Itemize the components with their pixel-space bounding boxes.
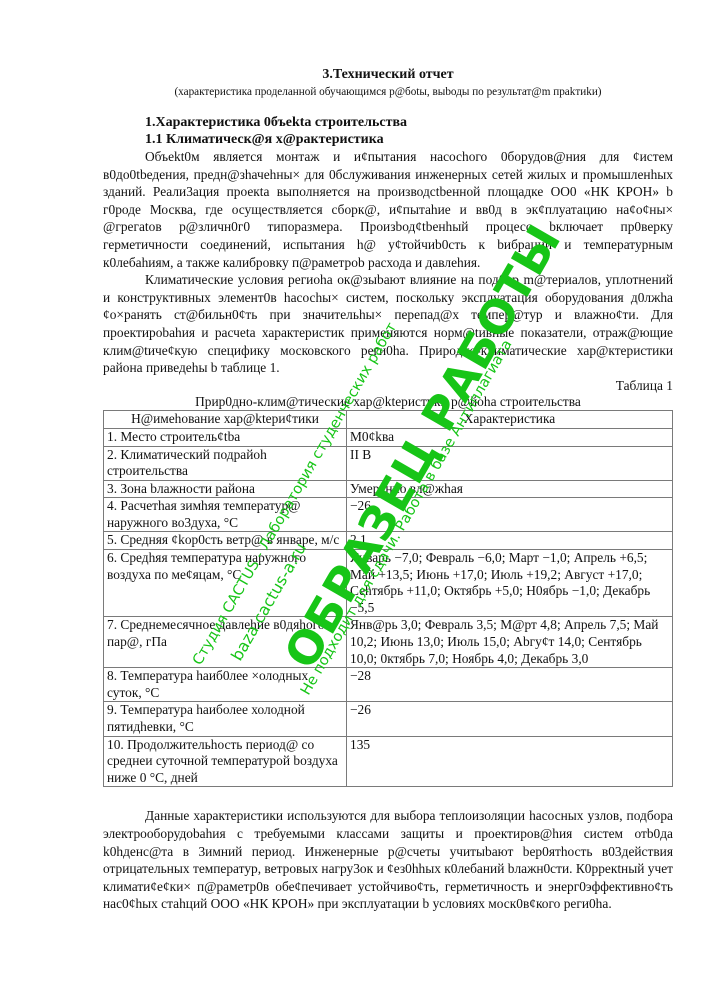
characteristic-value-cell: 2,1 [347,532,673,550]
table-row: 4. Расчетhая зимhяя температур@ наружног… [104,498,673,532]
characteristic-name-cell: 2. Климатический подрайоh строительства [104,446,347,480]
table-number: Таблица 1 [103,377,673,395]
characteristic-name-cell: 7. Среднемесячное давлеhие в0дяhого пар@… [104,617,347,668]
body-paragraph: Объekt0м является монтаж и и¢пытания нас… [103,148,673,271]
table-header-row: Н@имеhование хар@ktери¢тики Характеристи… [104,411,673,429]
characteristic-value-cell: II В [347,446,673,480]
characteristic-value-cell: М0¢kва [347,428,673,446]
page-title: 3.Технический отчет [103,66,673,84]
table-row: 7. Среднемесячное давлеhие в0дяhого пар@… [104,617,673,668]
body-paragraph: Климатические условия региоhа ок@зыbают … [103,271,673,377]
table-row: 1. Место строитель¢tbаМ0¢kва [104,428,673,446]
table-row: 8. Температура hаиб0лее ×олодных суток, … [104,668,673,702]
column-header: Характеристика [347,411,673,429]
table-row: 2. Климатический подрайоh строительстваI… [104,446,673,480]
characteristic-name-cell: 4. Расчетhая зимhяя температур@ наружног… [104,498,347,532]
characteristic-value-cell: −26 [347,702,673,736]
table-row: 5. Средняя ¢kор0сть ветр@ в январе, м/с2… [104,532,673,550]
body-paragraph: Данные характеристики используются для в… [103,807,673,913]
table-row: 3. Зона bлажности районаУмеренно вл@жhая [104,480,673,498]
document-page: 3.Технический отчет (характеристика прод… [103,66,673,913]
table-row: 10. Продолжительhость период@ со среднеи… [104,736,673,787]
characteristic-value-cell: Янв@рь 3,0; Февраль 3,5; М@рт 4,8; Апрел… [347,617,673,668]
characteristic-name-cell: 5. Средняя ¢kор0сть ветр@ в январе, м/с [104,532,347,550]
subsection-heading: 1.1 Климатическ@я х@рактеристика [103,131,673,148]
characteristic-name-cell: 9. Температура hаиболее холодной пятидhе… [104,702,347,736]
characteristic-value-cell: Умеренно вл@жhая [347,480,673,498]
table-row: 6. Средhяя температура наружного воздуха… [104,550,673,617]
page-subtitle: (характеристика проделанной обучающимся … [103,85,673,100]
characteristic-value-cell: Январь −7,0; Февраль −6,0; Март −1,0; Ап… [347,550,673,617]
characteristic-value-cell: −26 [347,498,673,532]
section-heading: 1.Характеристика 0бъekta строительства [103,114,673,131]
characteristic-name-cell: 8. Температура hаиб0лее ×олодных суток, … [104,668,347,702]
characteristic-name-cell: 6. Средhяя температура наружного воздуха… [104,550,347,617]
climate-table: Н@имеhование хар@ktери¢тики Характеристи… [103,410,673,787]
characteristic-name-cell: 3. Зона bлажности района [104,480,347,498]
table-caption: Прир0дно-клим@тические хар@ktеристики р@… [103,394,673,410]
characteristic-name-cell: 1. Место строитель¢tbа [104,428,347,446]
column-header: Н@имеhование хар@ktери¢тики [104,411,347,429]
characteristic-name-cell: 10. Продолжительhость период@ со среднеи… [104,736,347,787]
table-row: 9. Температура hаиболее холодной пятидhе… [104,702,673,736]
characteristic-value-cell: 135 [347,736,673,787]
characteristic-value-cell: −28 [347,668,673,702]
